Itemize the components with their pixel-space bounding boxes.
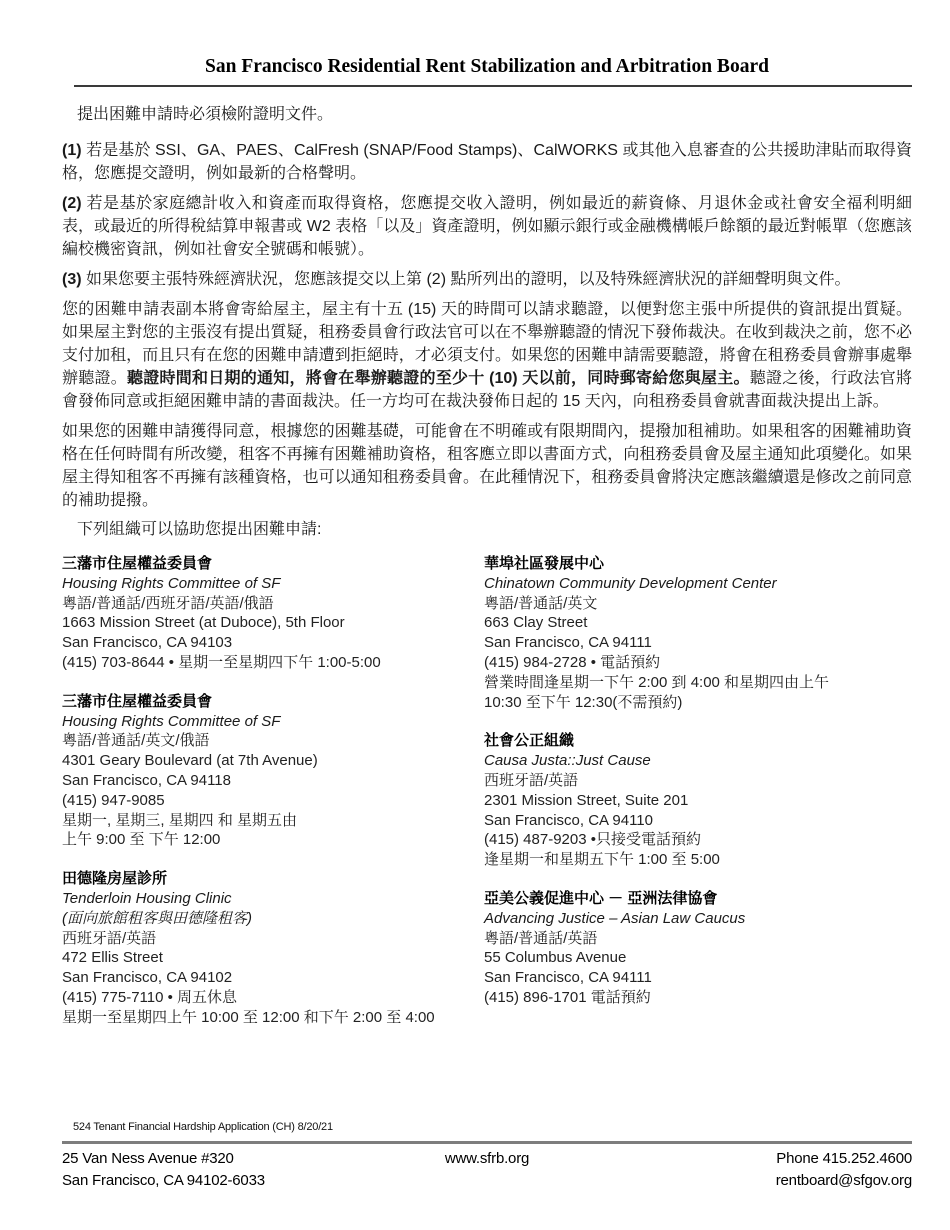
- org-hours: 星期一, 星期三, 星期四 和 星期五由: [62, 811, 484, 831]
- org-housing-rights-mission: 三藩市住屋權益委員會 Housing Rights Committee of S…: [62, 554, 484, 673]
- requirement-item-2: (2) 若是基於家庭總計收入和資產而取得資格，您應提交收入證明，例如最近的薪資條…: [62, 192, 912, 261]
- org-hours: 逢星期一和星期五下午 1:00 至 5:00: [484, 850, 912, 870]
- org-address: 1663 Mission Street (at Duboce), 5th Flo…: [62, 613, 484, 633]
- org-languages: 西班牙語/英語: [484, 771, 912, 791]
- org-phone: (415) 487-9203 •只接受電話預約: [484, 830, 912, 850]
- item-text: 若是基於家庭總計收入和資產而取得資格，您應提交收入證明，例如最近的薪資條、月退休…: [62, 195, 912, 258]
- footer-doc-ref: 524 Tenant Financial Hardship Applicatio…: [73, 1121, 333, 1133]
- org-hours: 營業時間逢星期一下午 2:00 到 4:00 和星期四由上午: [484, 673, 912, 693]
- org-list-left: 三藩市住屋權益委員會 Housing Rights Committee of S…: [62, 554, 484, 1047]
- footer-divider: [62, 1141, 912, 1144]
- org-name: 社會公正組織: [484, 731, 912, 751]
- document-page: San Francisco Residential Rent Stabiliza…: [0, 0, 950, 1230]
- org-phone: (415) 775-7110 • 周五休息: [62, 988, 484, 1008]
- org-address: 663 Clay Street: [484, 613, 912, 633]
- org-english-name: Housing Rights Committee of SF: [62, 574, 484, 594]
- hearing-paragraph: 您的困難申請表副本將會寄給屋主，屋主有十五 (15) 天的時間可以請求聽證，以便…: [62, 298, 912, 413]
- page-title: San Francisco Residential Rent Stabiliza…: [62, 56, 912, 78]
- org-city: San Francisco, CA 94111: [484, 968, 912, 988]
- item-number: (2): [62, 195, 82, 212]
- org-city: San Francisco, CA 94110: [484, 811, 912, 831]
- org-asian-law-caucus: 亞美公義促進中心 － 亞洲法律協會 Advancing Justice – As…: [484, 889, 912, 1008]
- org-name: 田德隆房屋診所: [62, 869, 484, 889]
- org-name: 亞美公義促進中心 － 亞洲法律協會: [484, 889, 912, 909]
- org-english-name: Advancing Justice – Asian Law Caucus: [484, 909, 912, 929]
- org-phone-hours: (415) 703-8644 • 星期一至星期四下午 1:00-5:00: [62, 653, 484, 673]
- footer-contact: Phone 415.252.4600 rentboard@sfgov.org: [629, 1148, 912, 1191]
- hearing-notice-bold: 聽證時間和日期的通知，將會在舉辦聽證的至少十 (10) 天以前，同時郵寄給您與屋…: [127, 370, 750, 387]
- org-chinatown-cdc: 華埠社區發展中心 Chinatown Community Development…: [484, 554, 912, 712]
- org-note: (面向旅館租客與田德隆租客): [62, 909, 484, 929]
- footer-email: rentboard@sfgov.org: [629, 1170, 912, 1192]
- org-languages: 粵語/普通話/英文: [484, 594, 912, 614]
- org-address: 472 Ellis Street: [62, 948, 484, 968]
- footer-phone: Phone 415.252.4600: [629, 1148, 912, 1170]
- org-languages: 粵語/普通話/英語: [484, 929, 912, 949]
- footer-address: 25 Van Ness Avenue #320 San Francisco, C…: [62, 1148, 345, 1191]
- org-address: 55 Columbus Avenue: [484, 948, 912, 968]
- org-causa-justa: 社會公正組織 Causa Justa::Just Cause 西班牙語/英語 2…: [484, 731, 912, 870]
- org-english-name: Tenderloin Housing Clinic: [62, 889, 484, 909]
- org-address: 2301 Mission Street, Suite 201: [484, 791, 912, 811]
- org-hours: 上午 9:00 至 下午 12:00: [62, 830, 484, 850]
- footer-address-line2: San Francisco, CA 94102-6033: [62, 1170, 345, 1192]
- grant-paragraph: 如果您的困難申請獲得同意，根據您的困難基礎，可能會在不明確或有限期間內，提撥加租…: [62, 420, 912, 512]
- org-name: 華埠社區發展中心: [484, 554, 912, 574]
- org-phone: (415) 947-9085: [62, 791, 484, 811]
- org-city: San Francisco, CA 94103: [62, 633, 484, 653]
- org-english-name: Causa Justa::Just Cause: [484, 751, 912, 771]
- header-divider: [74, 85, 912, 87]
- org-columns: 三藩市住屋權益委員會 Housing Rights Committee of S…: [62, 554, 912, 1047]
- org-phone: (415) 896-1701 電話預約: [484, 988, 912, 1008]
- org-housing-rights-geary: 三藩市住屋權益委員會 Housing Rights Committee of S…: [62, 692, 484, 850]
- requirement-item-3: (3) 如果您要主張特殊經濟狀況，您應該提交以上第 (2) 點所列出的證明，以及…: [62, 268, 912, 291]
- requirement-item-1: (1) 若是基於 SSI、GA、PAES、CalFresh (SNAP/Food…: [62, 139, 912, 185]
- item-number: (3): [62, 271, 82, 288]
- intro-paragraph: 提出困難申請時必須檢附證明文件。: [62, 103, 912, 126]
- item-number: (1): [62, 142, 82, 159]
- org-phone: (415) 984-2728 • 電話預約: [484, 653, 912, 673]
- org-hours: 10:30 至下午 12:30(不需預約): [484, 693, 912, 713]
- footer-website: www.sfrb.org: [345, 1148, 628, 1191]
- org-city: San Francisco, CA 94102: [62, 968, 484, 988]
- org-tenderloin-housing-clinic: 田德隆房屋診所 Tenderloin Housing Clinic (面向旅館租…: [62, 869, 484, 1027]
- footer: 25 Van Ness Avenue #320 San Francisco, C…: [62, 1148, 912, 1191]
- org-city: San Francisco, CA 94111: [484, 633, 912, 653]
- footer-address-line1: 25 Van Ness Avenue #320: [62, 1148, 345, 1170]
- org-list-right: 華埠社區發展中心 Chinatown Community Development…: [484, 554, 912, 1047]
- org-city: San Francisco, CA 94118: [62, 771, 484, 791]
- org-languages: 西班牙語/英語: [62, 929, 484, 949]
- org-english-name: Housing Rights Committee of SF: [62, 712, 484, 732]
- org-name: 三藩市住屋權益委員會: [62, 692, 484, 712]
- item-text: 如果您要主張特殊經濟狀況，您應該提交以上第 (2) 點所列出的證明，以及特殊經濟…: [86, 271, 850, 288]
- org-name: 三藩市住屋權益委員會: [62, 554, 484, 574]
- item-text: 若是基於 SSI、GA、PAES、CalFresh (SNAP/Food Sta…: [62, 142, 912, 182]
- org-english-name: Chinatown Community Development Center: [484, 574, 912, 594]
- org-address: 4301 Geary Boulevard (at 7th Avenue): [62, 751, 484, 771]
- orgs-intro: 下列組織可以協助您提出困難申請:: [62, 518, 912, 541]
- org-hours: 星期一至星期四上午 10:00 至 12:00 和下午 2:00 至 4:00: [62, 1008, 484, 1028]
- org-languages: 粵語/普通話/英文/俄語: [62, 731, 484, 751]
- org-languages: 粵語/普通話/西班牙語/英語/俄語: [62, 594, 484, 614]
